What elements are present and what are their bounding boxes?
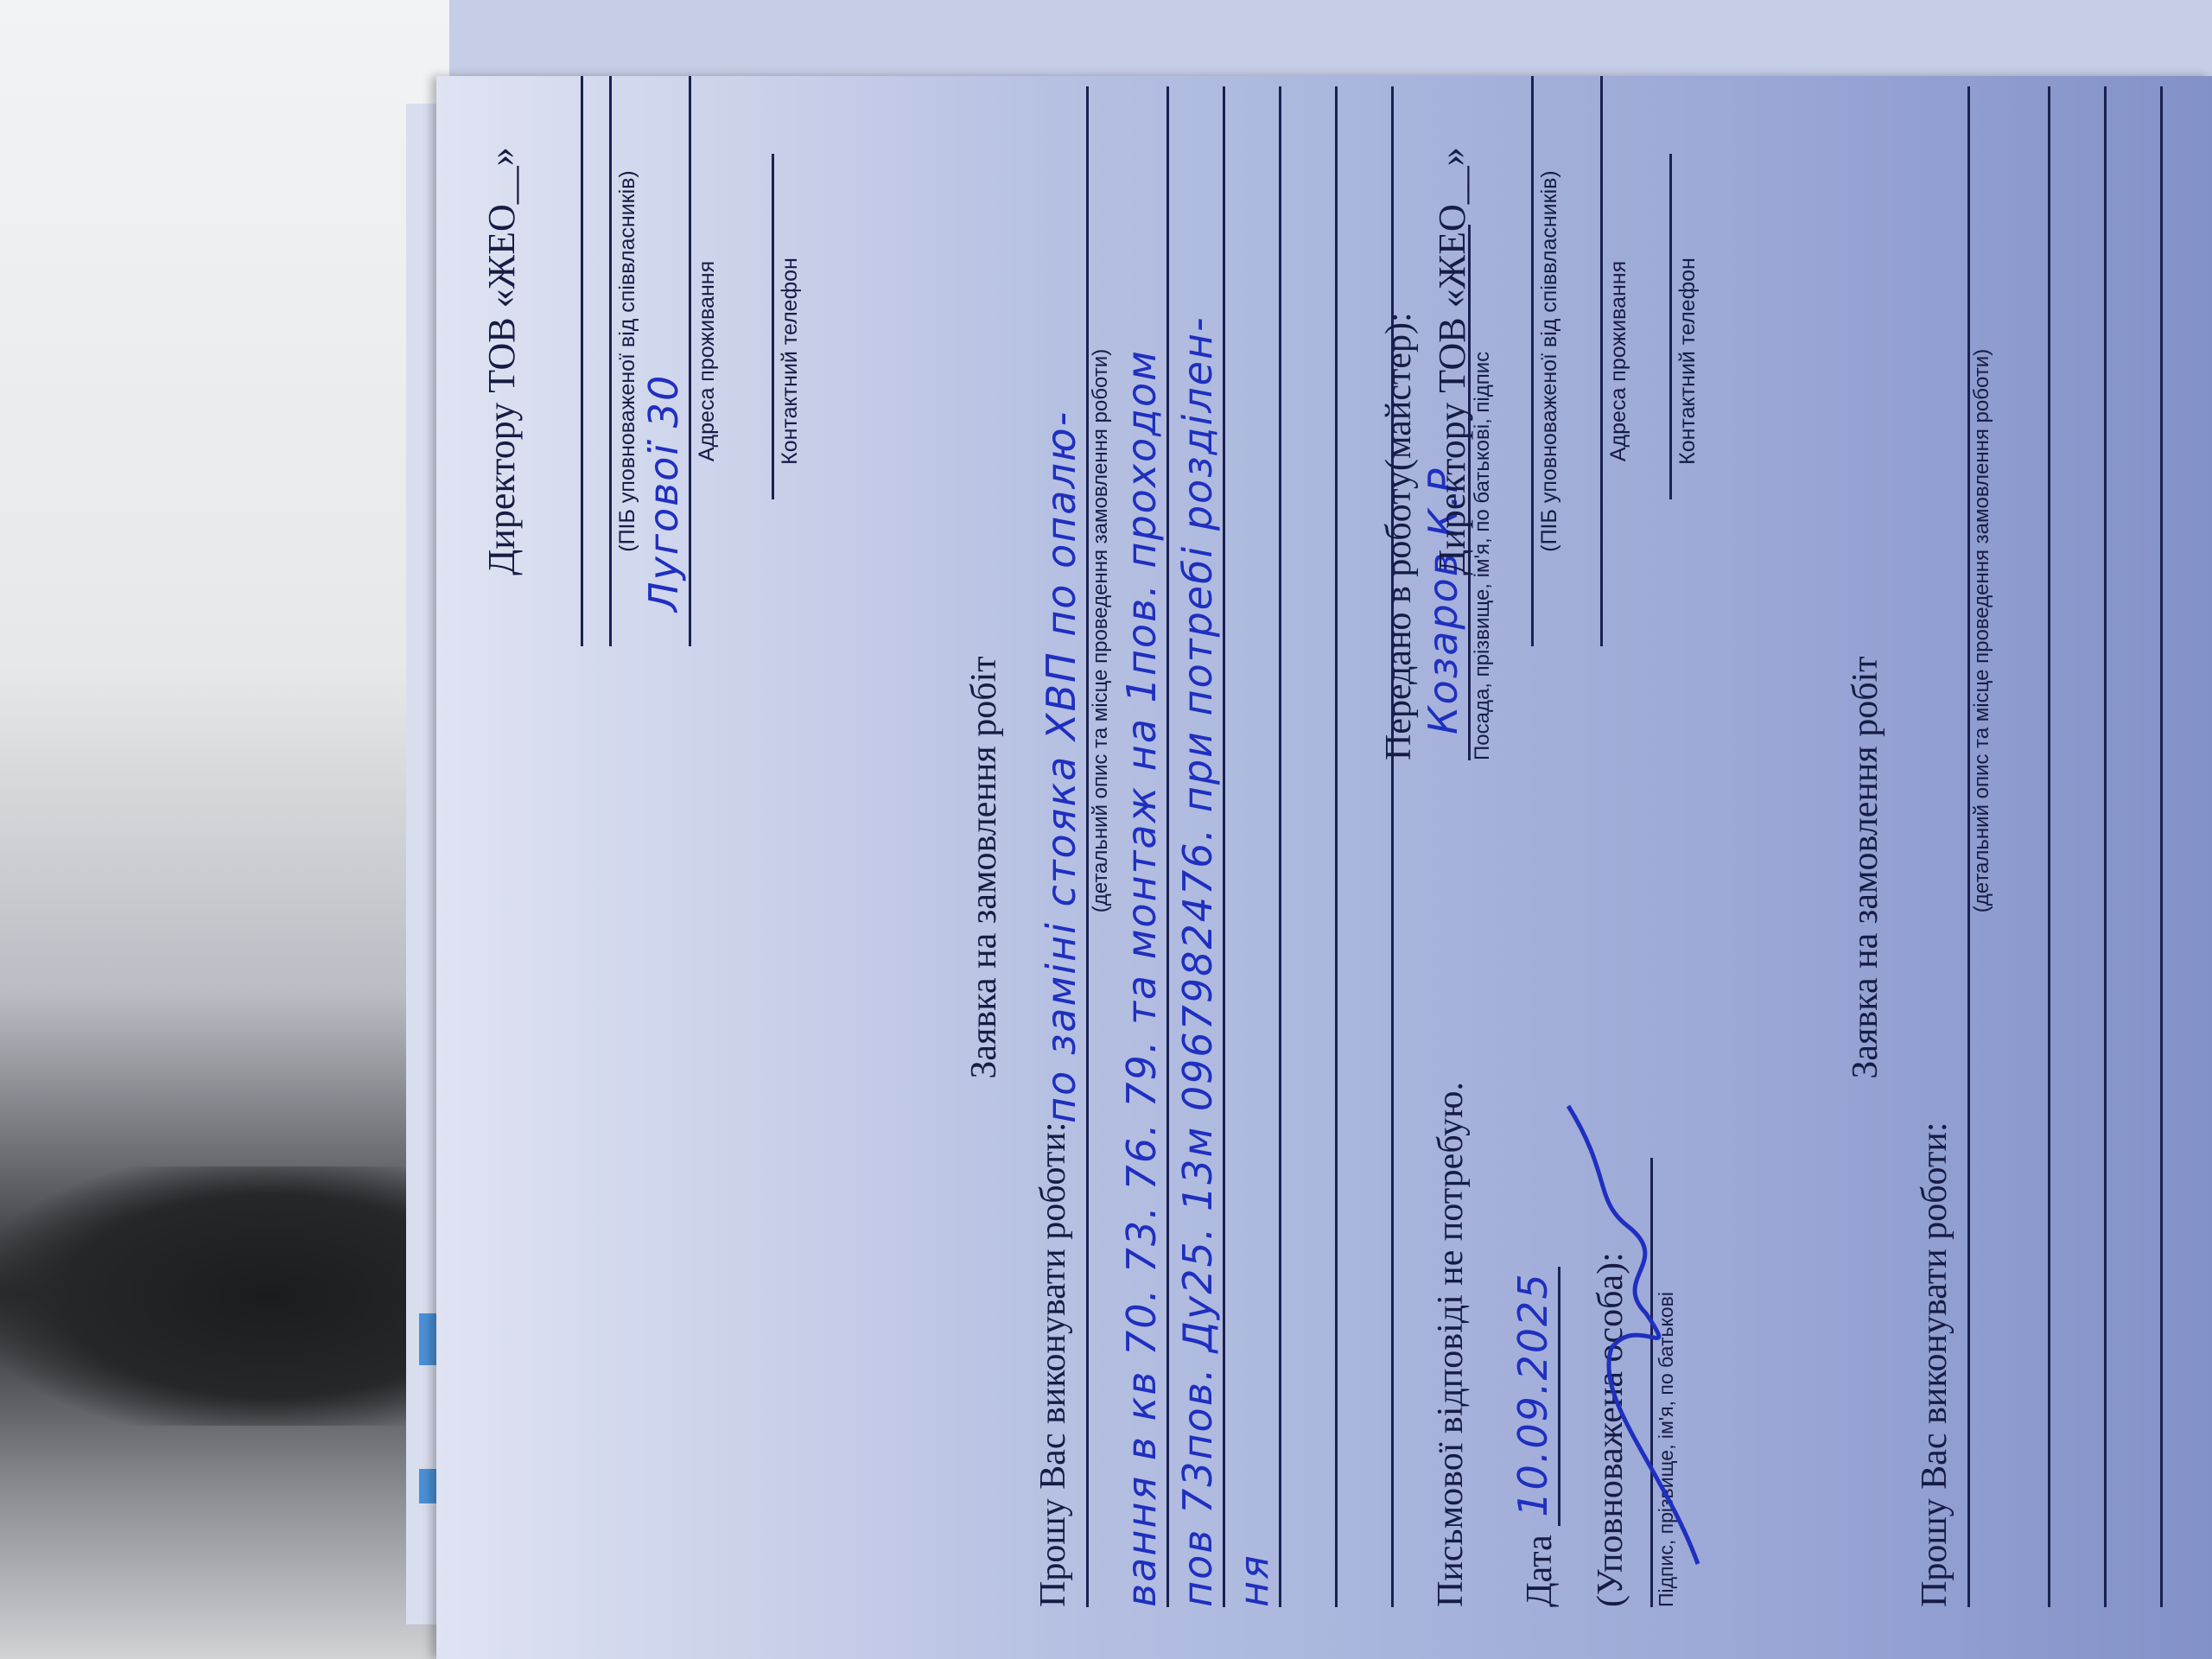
back-sheet — [449, 0, 2212, 78]
form-title: Заявка на замовлення робіт — [963, 76, 1005, 1659]
addressee-block: Директору ТОВ «ЖЕО__» (ПІБ уповноваженої… — [480, 76, 803, 646]
date-row: Дата 10.09.2025 — [1516, 1267, 1560, 1607]
phone-caption-2: Контактний телефон — [1675, 76, 1700, 646]
signature-scribble — [1560, 1089, 1707, 1573]
request-caption-2: (детальний опис та місце проведення замо… — [1970, 86, 1994, 1607]
no-reply-note: Письмової відповіді не потребую. — [1430, 1082, 1471, 1607]
name-caption-2: (ПІБ уповноваженої від співвласників) — [1537, 76, 1562, 646]
form-title-2: Заявка на замовлення робіт — [1845, 76, 1886, 1659]
request-label: Прошу Вас виконувати роботи: — [1033, 1122, 1074, 1607]
request-line-2-2[interactable] — [1994, 86, 2050, 1607]
phone-caption: Контактний телефон — [778, 76, 803, 646]
request-text-3: пов 73пов. Ду25. 13м 0967982476. при пот… — [1174, 315, 1221, 1607]
addressee-block-2: Директору ТОВ «ЖЕО__» (ПІБ уповноваженої… — [1430, 76, 1700, 646]
request-text-2: вання в кв 70. 73. 76. 79. та монтаж на … — [1118, 349, 1165, 1607]
name-field[interactable] — [543, 76, 583, 646]
request-line-2-3[interactable] — [2050, 86, 2107, 1607]
addressee-title: Директору ТОВ «ЖЕО__» — [480, 76, 524, 646]
phone-field-2[interactable] — [1631, 154, 1672, 499]
address-field-2[interactable] — [1562, 76, 1603, 646]
request-line-1[interactable]: Прошу Вас виконувати роботи: по заміні с… — [1033, 86, 1089, 1607]
address-caption: Адреса проживання — [695, 76, 720, 646]
handed-label: Передано в роботу(майстер): — [1378, 225, 1420, 760]
form-sheet: Директору ТОВ «ЖЕО__» (ПІБ уповноваженої… — [436, 76, 2212, 1659]
request-line-2-1[interactable]: Прошу Вас виконувати роботи: — [1914, 86, 1970, 1607]
request-block-2: Прошу Вас виконувати роботи: (детальний … — [1914, 86, 2163, 1607]
date-value: 10.09.2025 — [1510, 1272, 1556, 1516]
name-field-2a[interactable] — [1493, 76, 1534, 646]
date-label: Дата — [1520, 1535, 1560, 1607]
request-caption: (детальний опис та місце проведення замо… — [1089, 86, 1113, 1607]
date-field[interactable]: 10.09.2025 — [1516, 1267, 1560, 1526]
request-line-3[interactable]: пов 73пов. Ду25. 13м 0967982476. при пот… — [1169, 86, 1225, 1607]
request-line-5[interactable] — [1281, 86, 1338, 1607]
request-label-2: Прошу Вас виконувати роботи: — [1914, 1122, 1955, 1607]
name-field-2[interactable] — [583, 76, 612, 646]
request-text-1: по заміні стояка ХВП по опалю- — [1038, 410, 1084, 1123]
address-value: Лугової 30 — [640, 374, 687, 612]
rotated-content: Директору ТОВ «ЖЕО__» (ПІБ уповноваженої… — [436, 76, 2212, 1659]
address-caption-2: Адреса проживання — [1606, 76, 1631, 646]
request-line-4[interactable]: ня — [1225, 86, 1281, 1607]
request-line-2-4[interactable] — [2107, 86, 2163, 1607]
request-block: Прошу Вас виконувати роботи: по заміні с… — [1033, 86, 1394, 1607]
phone-field[interactable] — [720, 154, 774, 499]
address-field[interactable]: Лугової 30 — [640, 76, 691, 646]
request-line-2[interactable]: вання в кв 70. 73. 76. 79. та монтаж на … — [1113, 86, 1169, 1607]
request-text-4: ня — [1230, 1554, 1277, 1607]
addressee-title-2: Директору ТОВ «ЖЕО__» — [1430, 76, 1474, 646]
name-caption: (ПІБ уповноваженої від співвласників) — [615, 76, 640, 646]
shadow-object — [0, 1166, 449, 1426]
